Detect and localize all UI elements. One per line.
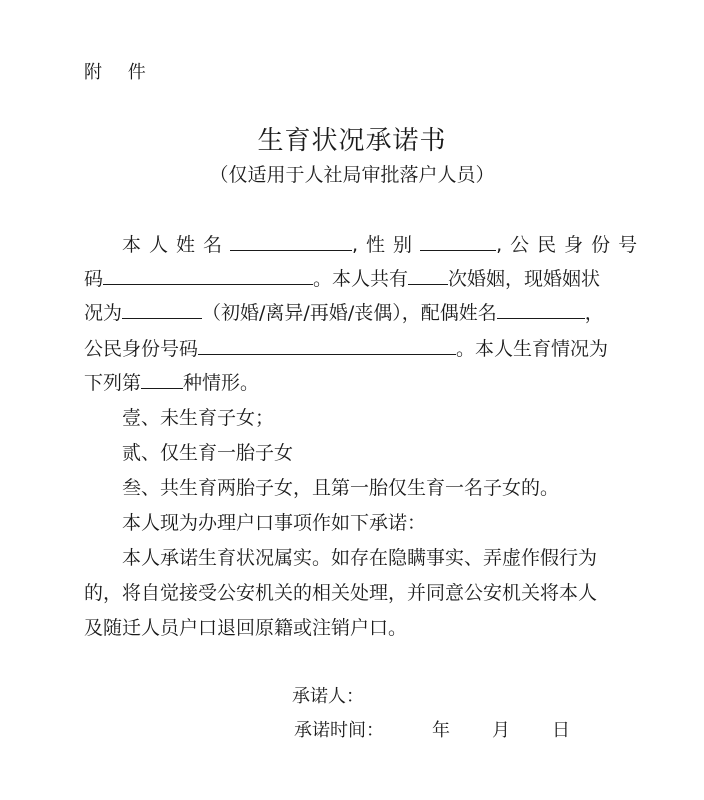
name-label: 本人姓名: [122, 234, 230, 256]
document-title: 生育状况承诺书: [0, 120, 704, 157]
marriage-count-field[interactable]: [408, 262, 448, 285]
spouse-id-field[interactable]: [198, 332, 456, 355]
paragraph-line: 下列第种情形。: [84, 366, 259, 396]
marriage-count-suffix: 次婚姻，现婚姻状: [448, 268, 600, 290]
day-label: 日: [552, 716, 570, 742]
status-options: （初婚/离异/再婚/丧偶），配偶姓名: [202, 302, 497, 324]
spouse-name-field[interactable]: [497, 296, 585, 319]
status-prefix: 况为: [84, 302, 122, 324]
id-label-end: 码: [84, 268, 103, 290]
situation-suffix: 种情形。: [183, 372, 259, 394]
commitment-text-line: 及随迁人员户口退回原籍或注销户口。: [84, 613, 407, 643]
paragraph-line: 况为（初婚/离异/再婚/丧偶），配偶姓名，: [84, 296, 604, 326]
signer-label: 承诺人：: [292, 682, 364, 708]
document-subtitle: （仅适用于人社局审批落户人员）: [0, 160, 704, 187]
gender-field[interactable]: [420, 228, 496, 251]
comma: ，: [585, 302, 604, 324]
situation-number-field[interactable]: [141, 366, 183, 389]
gender-label: ,性别: [352, 234, 420, 256]
commitment-intro: 本人现为办理户口事项作如下承诺：: [122, 508, 426, 538]
paragraph-line: 本人姓名,性别,公民身份号: [122, 228, 645, 258]
date-label: 承诺时间：: [294, 716, 384, 742]
id-label: ,公民身份号: [496, 234, 645, 256]
spouse-id-label: 公民身份号码: [84, 338, 198, 360]
marriage-count-prefix: 。本人共有: [313, 268, 408, 290]
situation-item: 贰、仅生育一胎子女: [122, 438, 293, 468]
year-label: 年: [432, 716, 450, 742]
situation-item: 壹、未生育子女；: [122, 403, 274, 433]
situation-item: 叁、共生育两胎子女，且第一胎仅生育一名子女的。: [122, 473, 559, 503]
paragraph-line: 公民身份号码。本人生育情况为: [84, 332, 608, 362]
id-number-field[interactable]: [103, 262, 313, 285]
paragraph-line: 码。本人共有次婚姻，现婚姻状: [84, 262, 600, 292]
commitment-text-line: 的，将自觉接受公安机关的相关处理，并同意公安机关将本人: [84, 578, 597, 608]
commitment-text-line: 本人承诺生育状况属实。如存在隐瞒事实、弄虚作假行为: [122, 543, 597, 573]
situation-prefix-line: 。本人生育情况为: [456, 338, 608, 360]
marital-status-field[interactable]: [122, 296, 202, 319]
month-label: 月: [492, 716, 510, 742]
attachment-label: 附 件: [84, 58, 156, 84]
situation-prefix: 下列第: [84, 372, 141, 394]
name-field[interactable]: [230, 228, 352, 251]
